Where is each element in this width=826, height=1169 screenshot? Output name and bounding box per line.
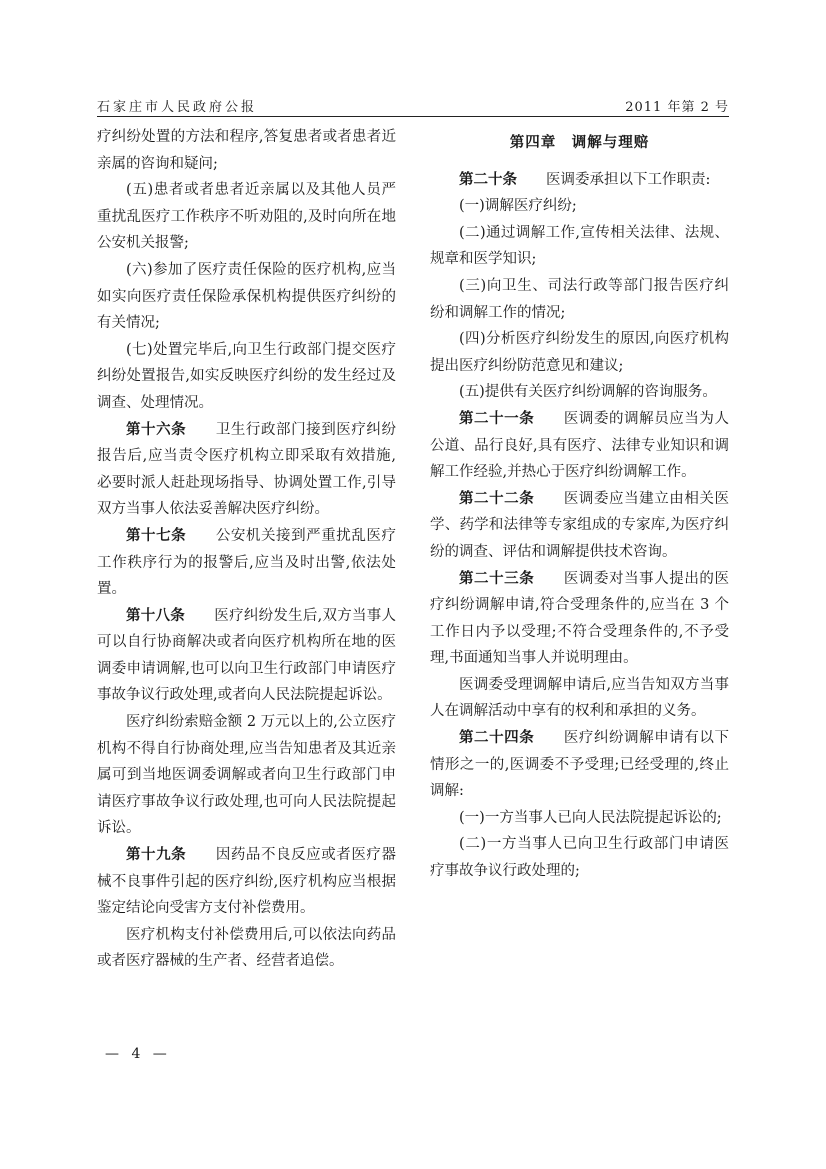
article-22: 第二十二条医调委应当建立由相关医学、药学和法律等专家组成的专家库,为医疗纠纷的调… <box>430 486 729 566</box>
article-23: 第二十三条医调委对当事人提出的医疗纠纷调解申请,符合受理条件的,应当在 3 个工… <box>430 566 729 672</box>
left-column: 疗纠纷处置的方法和程序,答复患者或者患者近亲属的咨询和疑问; (五)患者或者患者… <box>97 124 396 975</box>
article-label: 第二十二条 <box>459 491 534 507</box>
article-label: 第二十四条 <box>459 730 534 746</box>
article-18: 第十八条医疗纠纷发生后,双方当事人可以自行协商解决或者向医疗机构所在地的医调委申… <box>97 603 396 709</box>
paragraph: (二)一方当事人已向卫生行政部门申请医疗事故争议行政处理的; <box>430 831 729 884</box>
article-19: 第十九条因药品不良反应或者医疗器械不良事件引起的医疗纠纷,医疗机构应当根据鉴定结… <box>97 842 396 922</box>
publication-title: 石家庄市人民政府公报 <box>97 96 257 115</box>
issue-number: 2011 年第 2 号 <box>625 96 729 115</box>
chapter-title: 第四章 调解与理赔 <box>430 130 729 157</box>
paragraph: (四)分析医疗纠纷发生的原因,向医疗机构提出医疗纠纷防范意见和建议; <box>430 326 729 379</box>
paragraph: (七)处置完毕后,向卫生行政部门提交医疗纠纷处置报告,如实反映医疗纠纷的发生经过… <box>97 337 396 417</box>
article-24: 第二十四条医疗纠纷调解申请有以下情形之一的,医调委不予受理;已经受理的,终止调解… <box>430 725 729 805</box>
article-17: 第十七条公安机关接到严重扰乱医疗工作秩序行为的报警后,应当及时出警,依法处置。 <box>97 523 396 603</box>
article-16: 第十六条卫生行政部门接到医疗纠纷报告后,应当责令医疗机构立即采取有效措施,必要时… <box>97 417 396 523</box>
paragraph: 疗纠纷处置的方法和程序,答复患者或者患者近亲属的咨询和疑问; <box>97 124 396 177</box>
paragraph: (二)通过调解工作,宣传相关法律、法规、规章和医学知识; <box>430 220 729 273</box>
running-header: 石家庄市人民政府公报 2011 年第 2 号 <box>97 96 729 114</box>
right-column: 第四章 调解与理赔 第二十条医调委承担以下工作职责: (一)调解医疗纠纷; (二… <box>430 124 729 885</box>
paragraph: 医调委受理调解申请后,应当告知双方当事人在调解活动中享有的权利和承担的义务。 <box>430 672 729 725</box>
paragraph: (三)向卫生、司法行政等部门报告医疗纠纷和调解工作的情况; <box>430 273 729 326</box>
paragraph: 医疗纠纷索赔金额 2 万元以上的,公立医疗机构不得自行协商处理,应当告知患者及其… <box>97 709 396 842</box>
paragraph: (一)调解医疗纠纷; <box>430 193 729 220</box>
article-label: 第十八条 <box>126 608 185 624</box>
article-label: 第十七条 <box>126 528 186 544</box>
paragraph: (五)患者或者患者近亲属以及其他人员严重扰乱医疗工作秩序不听劝阻的,及时向所在地… <box>97 177 396 257</box>
article-20: 第二十条医调委承担以下工作职责: <box>430 167 729 194</box>
article-label: 第二十一条 <box>459 411 534 427</box>
paragraph: (五)提供有关医疗纠纷调解的咨询服务。 <box>430 379 729 406</box>
article-label: 第二十条 <box>459 172 517 188</box>
article-label: 第十九条 <box>126 847 186 863</box>
paragraph: (六)参加了医疗责任保险的医疗机构,应当如实向医疗责任保险承保机构提供医疗纠纷的… <box>97 257 396 337</box>
header-rule <box>97 116 729 117</box>
article-label: 第十六条 <box>126 422 186 438</box>
paragraph: (一)一方当事人已向人民法院提起诉讼的; <box>430 805 729 832</box>
article-label: 第二十三条 <box>459 571 534 587</box>
page-number: — 4 — <box>105 1046 171 1062</box>
paragraph: 医疗机构支付补偿费用后,可以依法向药品或者医疗器械的生产者、经营者追偿。 <box>97 922 396 975</box>
article-21: 第二十一条医调委的调解员应当为人公道、品行良好,具有医疗、法律专业知识和调解工作… <box>430 406 729 486</box>
